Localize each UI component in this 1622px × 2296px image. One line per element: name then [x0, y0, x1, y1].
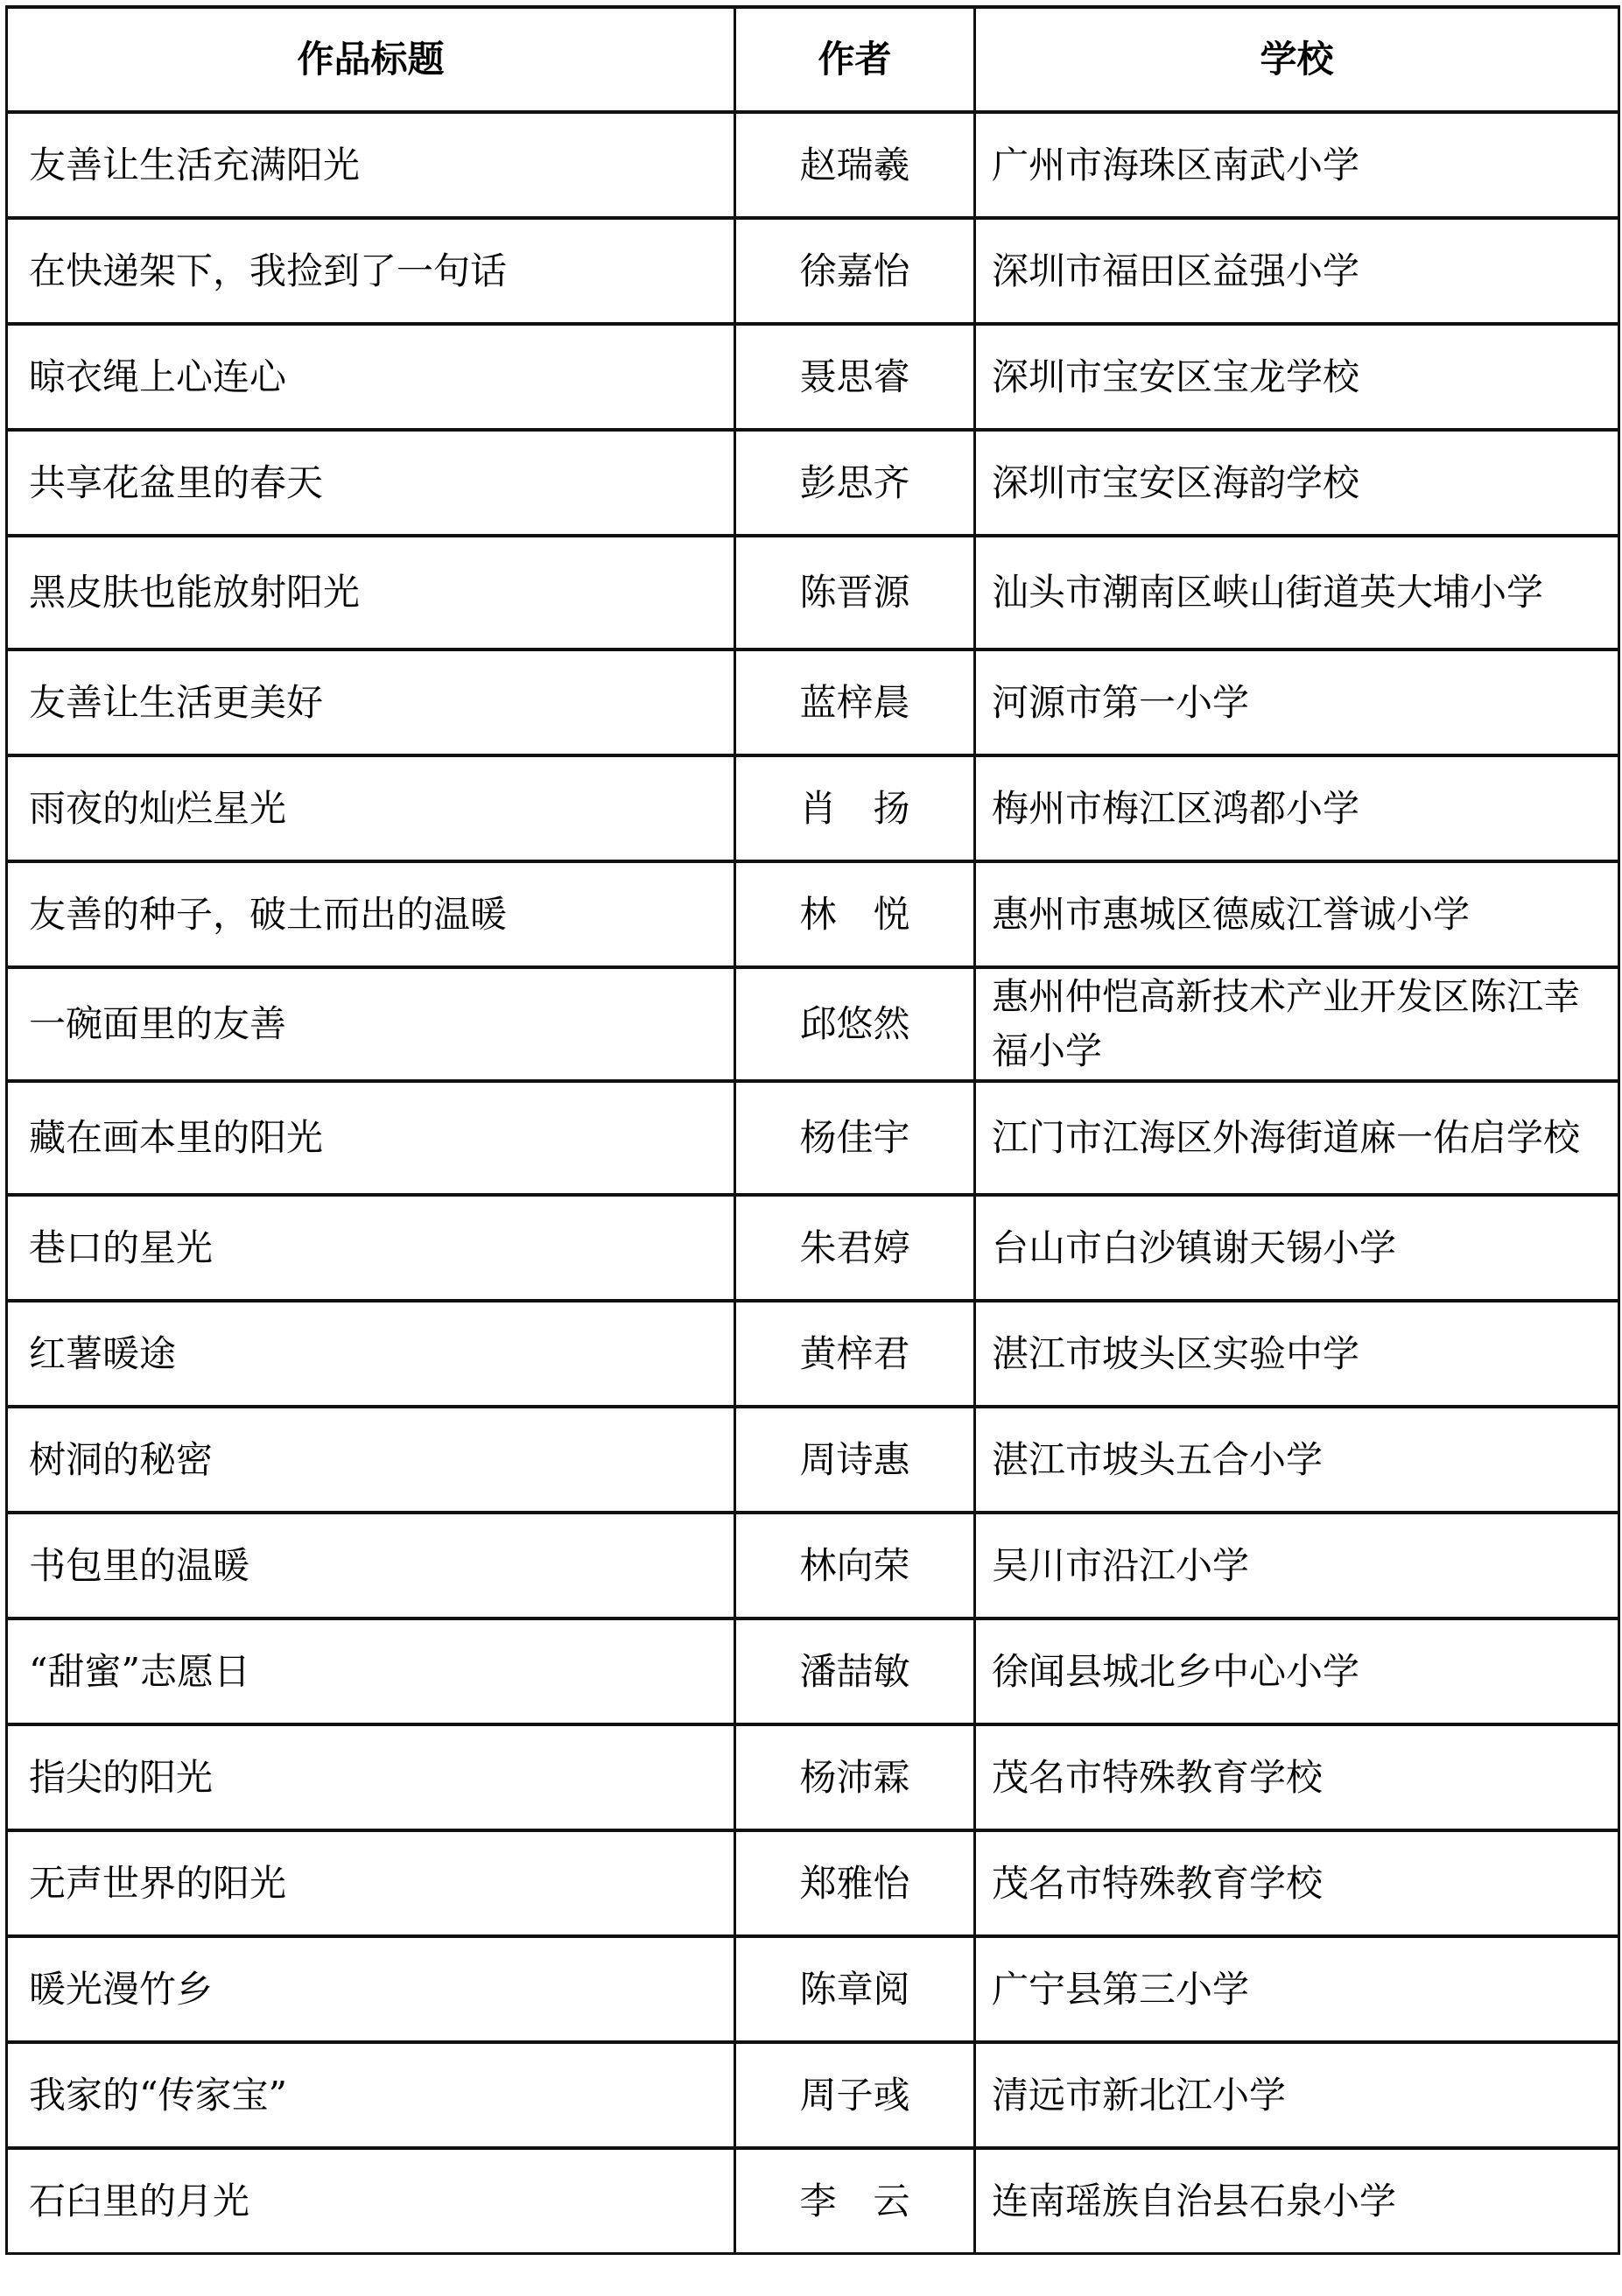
- table-row: 红薯暖途 黄梓君 湛江市坡头区实验中学: [7, 1301, 1619, 1407]
- table-row: 友善让生活充满阳光 赵瑞羲 广州市海珠区南武小学: [7, 112, 1619, 218]
- table-row: “甜蜜”志愿日 潘喆敏 徐闻县城北乡中心小学: [7, 1618, 1619, 1724]
- school-name: 深圳市宝安区宝龙学校: [975, 324, 1619, 430]
- work-title: 在快递架下，我捡到了一句话: [7, 218, 735, 324]
- table-row: 巷口的星光 朱君婷 台山市白沙镇谢天锡小学: [7, 1195, 1619, 1301]
- author-name: 周诗惠: [735, 1407, 975, 1513]
- work-title: 藏在画本里的阳光: [7, 1081, 735, 1195]
- work-title: 暖光漫竹乡: [7, 1936, 735, 2042]
- work-title: 指尖的阳光: [7, 1724, 735, 1830]
- table-row: 书包里的温暖 林向荣 吴川市沿江小学: [7, 1513, 1619, 1618]
- school-name: 连南瑶族自治县石泉小学: [975, 2148, 1619, 2254]
- work-title: 石臼里的月光: [7, 2148, 735, 2254]
- school-name: 惠州仲恺高新技术产业开发区陈江幸福小学: [975, 967, 1619, 1081]
- table-row: 共享花盆里的春天 彭思齐 深圳市宝安区海韵学校: [7, 430, 1619, 536]
- work-title: “甜蜜”志愿日: [7, 1618, 735, 1724]
- author-name: 李 云: [735, 2148, 975, 2254]
- work-title: 黑皮肤也能放射阳光: [7, 536, 735, 649]
- author-name: 邱悠然: [735, 967, 975, 1081]
- table-row: 雨夜的灿烂星光 肖 扬 梅州市梅江区鸿都小学: [7, 755, 1619, 861]
- work-title: 红薯暖途: [7, 1301, 735, 1407]
- table-row: 暖光漫竹乡 陈章阅 广宁县第三小学: [7, 1936, 1619, 2042]
- school-name: 清远市新北江小学: [975, 2042, 1619, 2148]
- author-name: 肖 扬: [735, 755, 975, 861]
- work-title: 巷口的星光: [7, 1195, 735, 1301]
- work-title: 友善让生活更美好: [7, 649, 735, 755]
- school-name: 广宁县第三小学: [975, 1936, 1619, 2042]
- header-title: 作品标题: [7, 7, 735, 112]
- header-row: 作品标题 作者 学校: [7, 7, 1619, 112]
- work-title: 雨夜的灿烂星光: [7, 755, 735, 861]
- author-name: 蓝梓晨: [735, 649, 975, 755]
- school-name: 茂名市特殊教育学校: [975, 1830, 1619, 1936]
- school-name: 深圳市宝安区海韵学校: [975, 430, 1619, 536]
- table-row: 晾衣绳上心连心 聂思睿 深圳市宝安区宝龙学校: [7, 324, 1619, 430]
- school-name: 汕头市潮南区峡山街道英大埔小学: [975, 536, 1619, 649]
- header-author: 作者: [735, 7, 975, 112]
- school-name: 吴川市沿江小学: [975, 1513, 1619, 1618]
- works-table: 作品标题 作者 学校 友善让生活充满阳光 赵瑞羲 广州市海珠区南武小学 在快递架…: [5, 5, 1620, 2255]
- school-name: 徐闻县城北乡中心小学: [975, 1618, 1619, 1724]
- table-row: 藏在画本里的阳光 杨佳宇 江门市江海区外海街道麻一佑启学校: [7, 1081, 1619, 1195]
- work-title: 友善的种子，破土而出的温暖: [7, 861, 735, 967]
- table-row: 指尖的阳光 杨沛霖 茂名市特殊教育学校: [7, 1724, 1619, 1830]
- work-title: 书包里的温暖: [7, 1513, 735, 1618]
- author-name: 林 悦: [735, 861, 975, 967]
- school-name: 江门市江海区外海街道麻一佑启学校: [975, 1081, 1619, 1195]
- school-name: 河源市第一小学: [975, 649, 1619, 755]
- author-name: 陈晋源: [735, 536, 975, 649]
- author-name: 聂思睿: [735, 324, 975, 430]
- table-row: 我家的“传家宝” 周子彧 清远市新北江小学: [7, 2042, 1619, 2148]
- school-name: 茂名市特殊教育学校: [975, 1724, 1619, 1830]
- author-name: 彭思齐: [735, 430, 975, 536]
- table-row: 友善的种子，破土而出的温暖 林 悦 惠州市惠城区德威江誉诚小学: [7, 861, 1619, 967]
- author-name: 杨佳宇: [735, 1081, 975, 1195]
- work-title: 友善让生活充满阳光: [7, 112, 735, 218]
- table-row: 树洞的秘密 周诗惠 湛江市坡头五合小学: [7, 1407, 1619, 1513]
- author-name: 赵瑞羲: [735, 112, 975, 218]
- school-name: 惠州市惠城区德威江誉诚小学: [975, 861, 1619, 967]
- author-name: 黄梓君: [735, 1301, 975, 1407]
- work-title: 共享花盆里的春天: [7, 430, 735, 536]
- table-row: 石臼里的月光 李 云 连南瑶族自治县石泉小学: [7, 2148, 1619, 2254]
- school-name: 台山市白沙镇谢天锡小学: [975, 1195, 1619, 1301]
- school-name: 梅州市梅江区鸿都小学: [975, 755, 1619, 861]
- school-name: 深圳市福田区益强小学: [975, 218, 1619, 324]
- school-name: 广州市海珠区南武小学: [975, 112, 1619, 218]
- author-name: 杨沛霖: [735, 1724, 975, 1830]
- work-title: 树洞的秘密: [7, 1407, 735, 1513]
- author-name: 朱君婷: [735, 1195, 975, 1301]
- work-title: 无声世界的阳光: [7, 1830, 735, 1936]
- work-title: 一碗面里的友善: [7, 967, 735, 1081]
- author-name: 郑雅怡: [735, 1830, 975, 1936]
- author-name: 陈章阅: [735, 1936, 975, 2042]
- author-name: 周子彧: [735, 2042, 975, 2148]
- table-row: 友善让生活更美好 蓝梓晨 河源市第一小学: [7, 649, 1619, 755]
- author-name: 潘喆敏: [735, 1618, 975, 1724]
- table-row: 在快递架下，我捡到了一句话 徐嘉怡 深圳市福田区益强小学: [7, 218, 1619, 324]
- table-row: 黑皮肤也能放射阳光 陈晋源 汕头市潮南区峡山街道英大埔小学: [7, 536, 1619, 649]
- author-name: 徐嘉怡: [735, 218, 975, 324]
- author-name: 林向荣: [735, 1513, 975, 1618]
- work-title: 晾衣绳上心连心: [7, 324, 735, 430]
- school-name: 湛江市坡头五合小学: [975, 1407, 1619, 1513]
- header-school: 学校: [975, 7, 1619, 112]
- school-name: 湛江市坡头区实验中学: [975, 1301, 1619, 1407]
- table-row: 无声世界的阳光 郑雅怡 茂名市特殊教育学校: [7, 1830, 1619, 1936]
- table-row: 一碗面里的友善 邱悠然 惠州仲恺高新技术产业开发区陈江幸福小学: [7, 967, 1619, 1081]
- work-title: 我家的“传家宝”: [7, 2042, 735, 2148]
